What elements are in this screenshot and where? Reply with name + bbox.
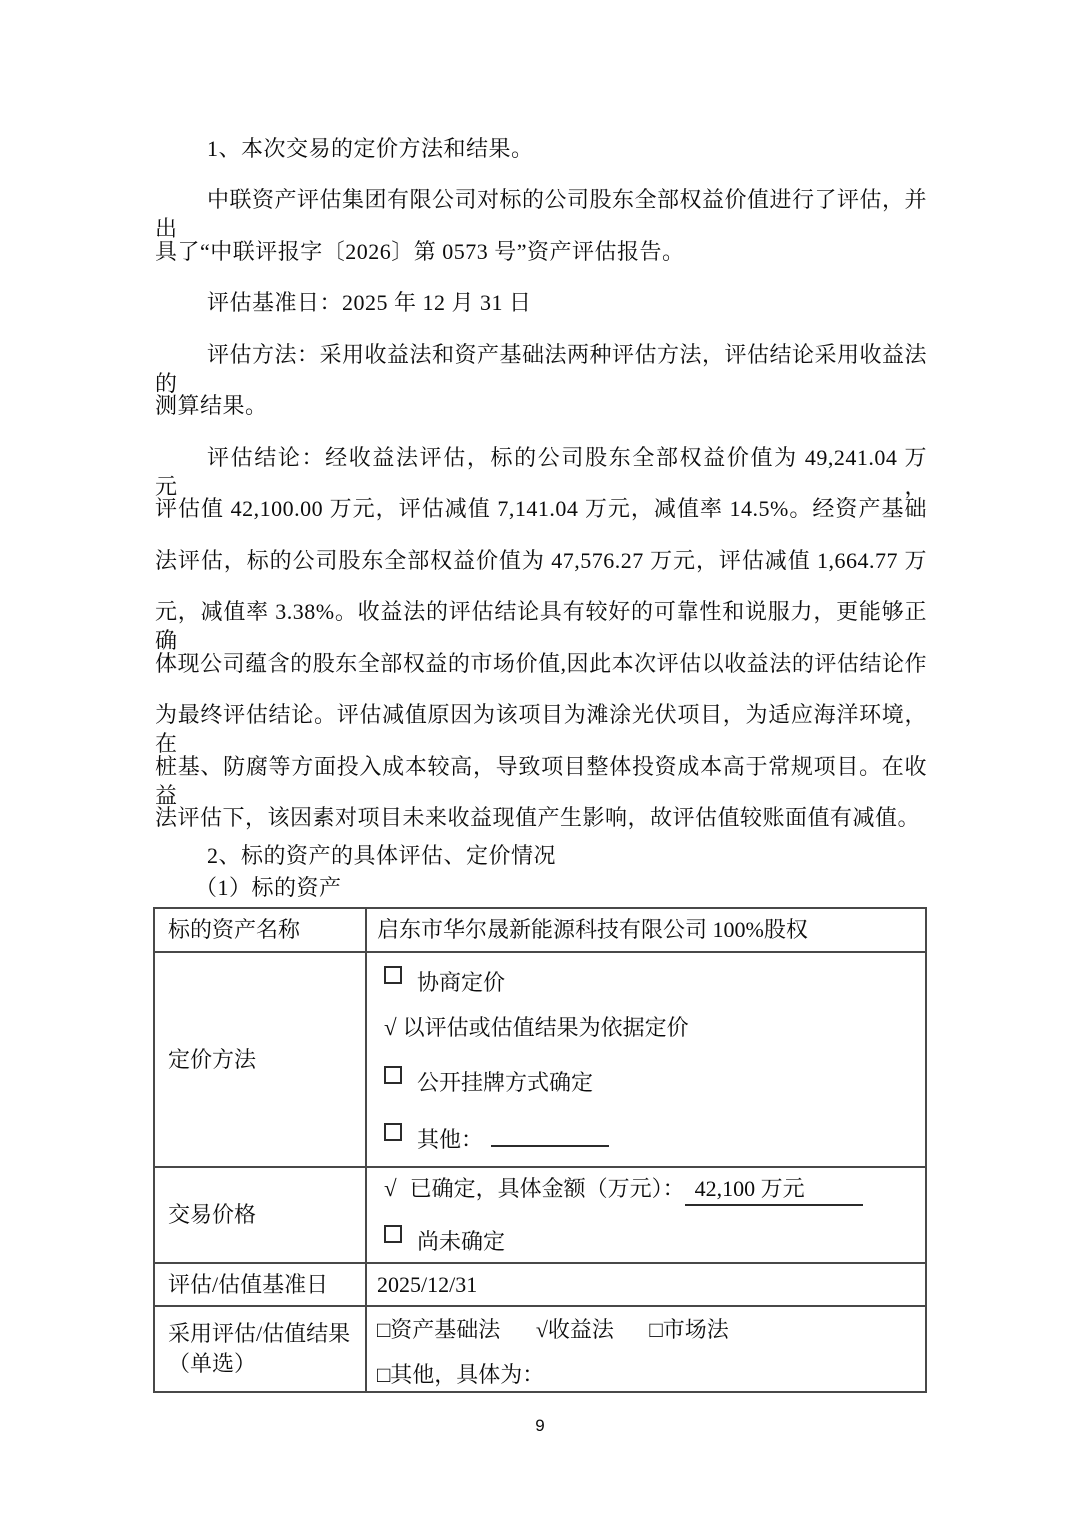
option-other-method: □其他，具体为： <box>377 1361 544 1389</box>
row-label: 定价方法 <box>155 953 367 1166</box>
option-income-method: √收益法 <box>536 1317 614 1342</box>
option-label: 尚未确定 <box>417 1229 505 1254</box>
option-label: 市场法 <box>663 1317 729 1342</box>
transaction-price-label: 交易价格 <box>168 1200 365 1230</box>
table-row-valuation-result: 采用评估/估值结果 （单选） □资产基础法 √收益法 □市场法 □其他，具体为： <box>155 1307 925 1391</box>
doc-line-heading-2: 2、标的资产的具体评估、定价情况 <box>155 841 927 870</box>
option-label: 其他： <box>417 1127 483 1152</box>
checkbox-icon <box>384 966 402 984</box>
row-label: 采用评估/估值结果 （单选） <box>155 1307 367 1391</box>
option-public-listing: 公开挂牌方式确定 <box>384 1066 593 1096</box>
row-label: 标的资产名称 <box>155 909 367 951</box>
result-label-line1: 采用评估/估值结果 <box>168 1319 365 1349</box>
option-market-method: □市场法 <box>649 1317 728 1342</box>
option-label: 资产基础法 <box>390 1317 500 1342</box>
doc-line: 元，减值率 3.38%。收益法的评估结论具有较好的可靠性和说服力，更能够正确 <box>155 597 927 655</box>
checkbox-icon <box>384 1225 402 1243</box>
base-date-label: 评估/估值基准日 <box>168 1270 365 1300</box>
doc-line: 桩基、防腐等方面投入成本较高，导致项目整体投资成本高于常规项目。在收益 <box>155 752 927 810</box>
option-label: 协商定价 <box>417 970 505 995</box>
price-amount: 42,100 万元 <box>685 1176 863 1206</box>
checkbox-square-icon: □ <box>377 1317 390 1342</box>
doc-line: 评估值 42,100.00 万元，评估减值 7,141.04 万元，减值率 14… <box>155 494 927 523</box>
result-method-options-line: □资产基础法 √收益法 □市场法 <box>377 1316 759 1344</box>
result-label-line2: （单选） <box>168 1349 365 1379</box>
checkmark-icon: √ <box>384 1015 397 1040</box>
doc-line-conclusion: 评估结论：经收益法评估，标的公司股东全部权益价值为 49,241.04 万元， <box>155 443 927 501</box>
option-negotiated-pricing: 协商定价 <box>384 966 505 996</box>
checkbox-icon <box>384 1066 402 1084</box>
option-label: 公开挂牌方式确定 <box>417 1070 593 1095</box>
table-row-transaction-price: 交易价格 √已确定，具体金额（万元）：42,100 万元 尚未确定 <box>155 1168 925 1264</box>
base-date-text: 2025/12/31 <box>377 1271 477 1299</box>
option-price-undetermined: 尚未确定 <box>384 1225 505 1255</box>
option-other-pricing: 其他： <box>384 1123 609 1153</box>
doc-line: 为最终评估结论。评估减值原因为该项目为滩涂光伏项目，为适应海洋环境，在 <box>155 700 927 758</box>
asset-name-text: 启东市华尔晟新能源科技有限公司 100%股权 <box>377 916 808 944</box>
row-label: 交易价格 <box>155 1168 367 1262</box>
option-label: 其他，具体为： <box>390 1362 544 1387</box>
option-asset-based-method: □资产基础法 <box>377 1317 500 1342</box>
pricing-method-label: 定价方法 <box>168 1045 365 1075</box>
asset-name-value: 启东市华尔晟新能源科技有限公司 100%股权 <box>367 909 925 951</box>
doc-line: 体现公司蕴含的股东全部权益的市场价值,因此本次评估以收益法的评估结论作 <box>155 649 927 678</box>
option-valuation-based-pricing: √以评估或估值结果为依据定价 <box>384 1015 689 1041</box>
option-price-determined: √已确定，具体金额（万元）：42,100 万元 <box>384 1176 863 1202</box>
pricing-method-options: 协商定价 √以评估或估值结果为依据定价 公开挂牌方式确定 其他： <box>367 953 925 1166</box>
base-date-value: 2025/12/31 <box>367 1264 925 1305</box>
doc-line: 具了“中联评报字〔2026〕第 0573 号”资产评估报告。 <box>155 237 927 266</box>
doc-line-method: 评估方法：采用收益法和资产基础法两种评估方法，评估结论采用收益法的 <box>155 340 927 398</box>
option-label: 收益法 <box>548 1317 614 1342</box>
transaction-price-options: √已确定，具体金额（万元）：42,100 万元 尚未确定 <box>367 1168 925 1262</box>
option-label: 以评估或估值结果为依据定价 <box>403 1015 689 1040</box>
checkbox-icon <box>384 1123 402 1141</box>
doc-line-heading-1: 1、本次交易的定价方法和结果。 <box>155 134 927 163</box>
blank-underline <box>491 1128 609 1147</box>
checkmark-icon: √ <box>384 1176 397 1201</box>
row-label: 评估/估值基准日 <box>155 1264 367 1305</box>
doc-line-base-date: 评估基准日：2025 年 12 月 31 日 <box>155 288 927 317</box>
checkbox-square-icon: □ <box>377 1362 390 1387</box>
table-row-valuation-base-date: 评估/估值基准日 2025/12/31 <box>155 1264 925 1307</box>
asset-table: 标的资产名称 启东市华尔晟新能源科技有限公司 100%股权 定价方法 协商定价 … <box>153 907 927 1393</box>
doc-line-subheading: （1）标的资产 <box>155 873 927 902</box>
valuation-result-options: □资产基础法 √收益法 □市场法 □其他，具体为： <box>367 1307 925 1391</box>
checkbox-square-icon: □ <box>649 1317 662 1342</box>
table-row-pricing-method: 定价方法 协商定价 √以评估或估值结果为依据定价 公开挂牌方式确定 其他： <box>155 953 925 1168</box>
doc-line: 中联资产评估集团有限公司对标的公司股东全部权益价值进行了评估，并出 <box>155 185 927 243</box>
option-label: 已确定，具体金额（万元）： <box>410 1176 685 1201</box>
asset-name-label: 标的资产名称 <box>168 915 365 945</box>
doc-line: 法评估下，该因素对项目未来收益现值产生影响，故评估值较账面值有减值。 <box>155 803 927 832</box>
page-number: 9 <box>0 1416 1080 1436</box>
document-page: 1、本次交易的定价方法和结果。 中联资产评估集团有限公司对标的公司股东全部权益价… <box>0 0 1080 1527</box>
doc-line: 测算结果。 <box>155 391 927 420</box>
checkmark-icon: √ <box>536 1317 548 1342</box>
table-row-asset-name: 标的资产名称 启东市华尔晟新能源科技有限公司 100%股权 <box>155 909 925 953</box>
doc-line: 法评估，标的公司股东全部权益价值为 47,576.27 万元，评估减值 1,66… <box>155 546 927 575</box>
